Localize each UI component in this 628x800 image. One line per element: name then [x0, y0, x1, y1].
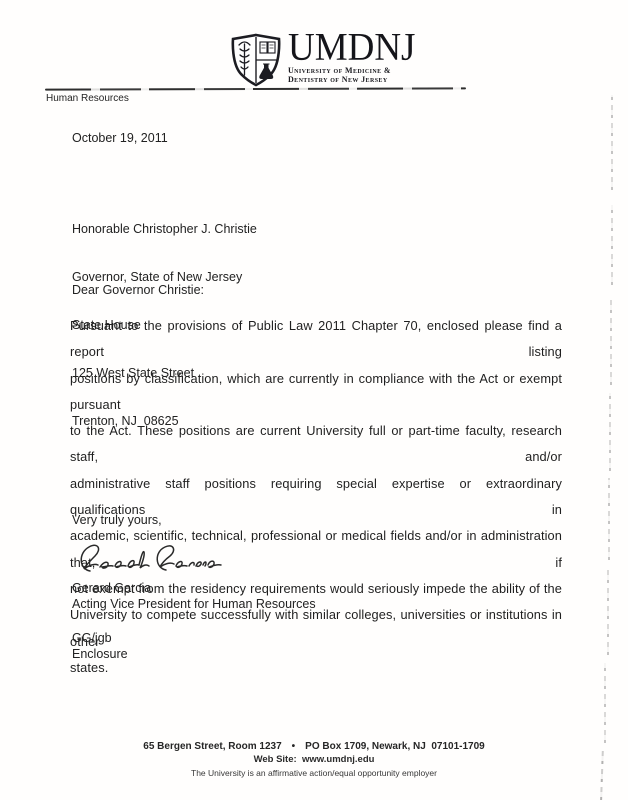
scan-artifact — [611, 95, 613, 190]
body-line: states. — [70, 655, 562, 681]
signer-title: Acting Vice President for Human Resource… — [72, 597, 316, 611]
scan-artifact — [609, 393, 611, 471]
umdnj-shield-icon — [228, 33, 284, 88]
footer-address: 65 Bergen Street, Room 1237•PO Box 1709,… — [0, 741, 628, 752]
signature-handwriting — [74, 538, 234, 582]
umdnj-logo: UMDNJ University of Medicine & Dentistry… — [228, 33, 415, 88]
body-line: to the Act. These positions are current … — [70, 418, 562, 471]
body-line: positions by classification, which are c… — [70, 366, 562, 419]
scan-artifact — [610, 295, 612, 385]
website-url: www.umdnj.edu — [302, 754, 374, 765]
enclosure-notation: Enclosure — [72, 647, 128, 661]
header-rule — [45, 87, 466, 90]
footer-address-left: 65 Bergen Street, Room 1237 — [143, 741, 281, 752]
scan-artifact — [611, 205, 613, 285]
footer-tagline: The University is an affirmative action/… — [0, 768, 628, 778]
umdnj-wordmark: UMDNJ — [288, 30, 415, 66]
footer-address-right: PO Box 1709, Newark, NJ 07101-1709 — [305, 741, 485, 752]
body-line: Pursuant to the provisions of Public Law… — [70, 313, 562, 366]
salutation: Dear Governor Christie: — [72, 283, 204, 297]
footer-website: Web Site: www.umdnj.edu — [0, 754, 628, 765]
scan-artifact — [604, 663, 606, 743]
letter-footer: 65 Bergen Street, Room 1237•PO Box 1709,… — [0, 741, 628, 778]
reference-initials: GG/jgb — [72, 631, 112, 645]
letter-date: October 19, 2011 — [72, 131, 168, 145]
letter-body: Pursuant to the provisions of Public Law… — [70, 313, 562, 681]
signer-name: Gerard Garcia — [72, 581, 151, 595]
bullet-separator: • — [282, 741, 306, 752]
umdnj-subtitle-line2: Dentistry of New Jersey — [288, 76, 415, 85]
scanned-letter-page: UMDNJ University of Medicine & Dentistry… — [0, 0, 628, 800]
scan-artifact — [608, 478, 610, 560]
closing: Very truly yours, — [72, 513, 162, 527]
scan-artifact — [607, 570, 609, 655]
website-label: Web Site: — [254, 754, 302, 765]
department-label: Human Resources — [46, 93, 129, 104]
recipient-line: Honorable Christopher J. Christie — [72, 221, 257, 237]
